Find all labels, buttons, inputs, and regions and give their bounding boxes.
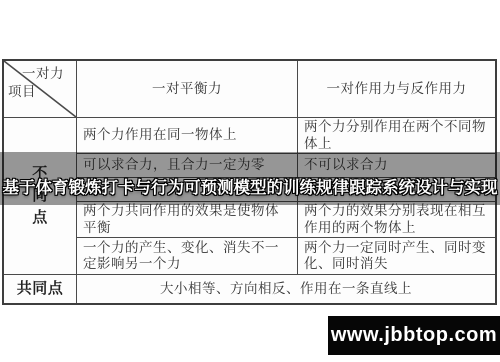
table-cell-balanced: 两个力作用在同一物体上 — [77, 118, 298, 154]
column-header-action-reaction: 一对作用力与反作用力 — [298, 61, 495, 118]
table-cell-balanced: 两个力共同作用的效果是使物体平衡 — [77, 202, 298, 238]
watermark-badge: www.jbbtop.com — [328, 316, 500, 355]
corner-label-force-pair: 一对力 — [22, 66, 64, 83]
row-label-common-points: 共同点 — [4, 275, 77, 303]
table-cell-action-reaction: 两个力一定同时产生、同时变化、同时消失 — [298, 238, 495, 275]
table-cell-action-reaction: 两个力的效果分别表现在相互作用的两个物体上 — [298, 202, 495, 238]
watermark-text: www.jbbtop.com — [331, 324, 497, 347]
column-header-balanced-forces: 一对平衡力 — [77, 61, 298, 118]
table-cell-common-value: 大小相等、方向相反、作用在一条直线上 — [77, 275, 495, 303]
table-corner-cell: 一对力 项目 — [4, 61, 77, 118]
corner-label-item: 项目 — [8, 84, 36, 101]
banner-title-text: 基于体育锻炼打卡与行为可预测模型的训练规律跟踪系统设计与实现 — [3, 174, 498, 198]
table-cell-balanced: 一个力的产生、变化、消失不一定影响另一个力 — [77, 238, 298, 275]
table-cell-action-reaction: 两个力分别作用在两个不同物体上 — [298, 118, 495, 154]
diff-label-char: 点 — [32, 207, 48, 229]
screenshot-root: 一对力 项目 一对平衡力 一对作用力与反作用力 不 同 点 两个力作用在同一物体… — [0, 0, 500, 362]
title-banner-overlay: 基于体育锻炼打卡与行为可预测模型的训练规律跟踪系统设计与实现 — [0, 152, 500, 205]
